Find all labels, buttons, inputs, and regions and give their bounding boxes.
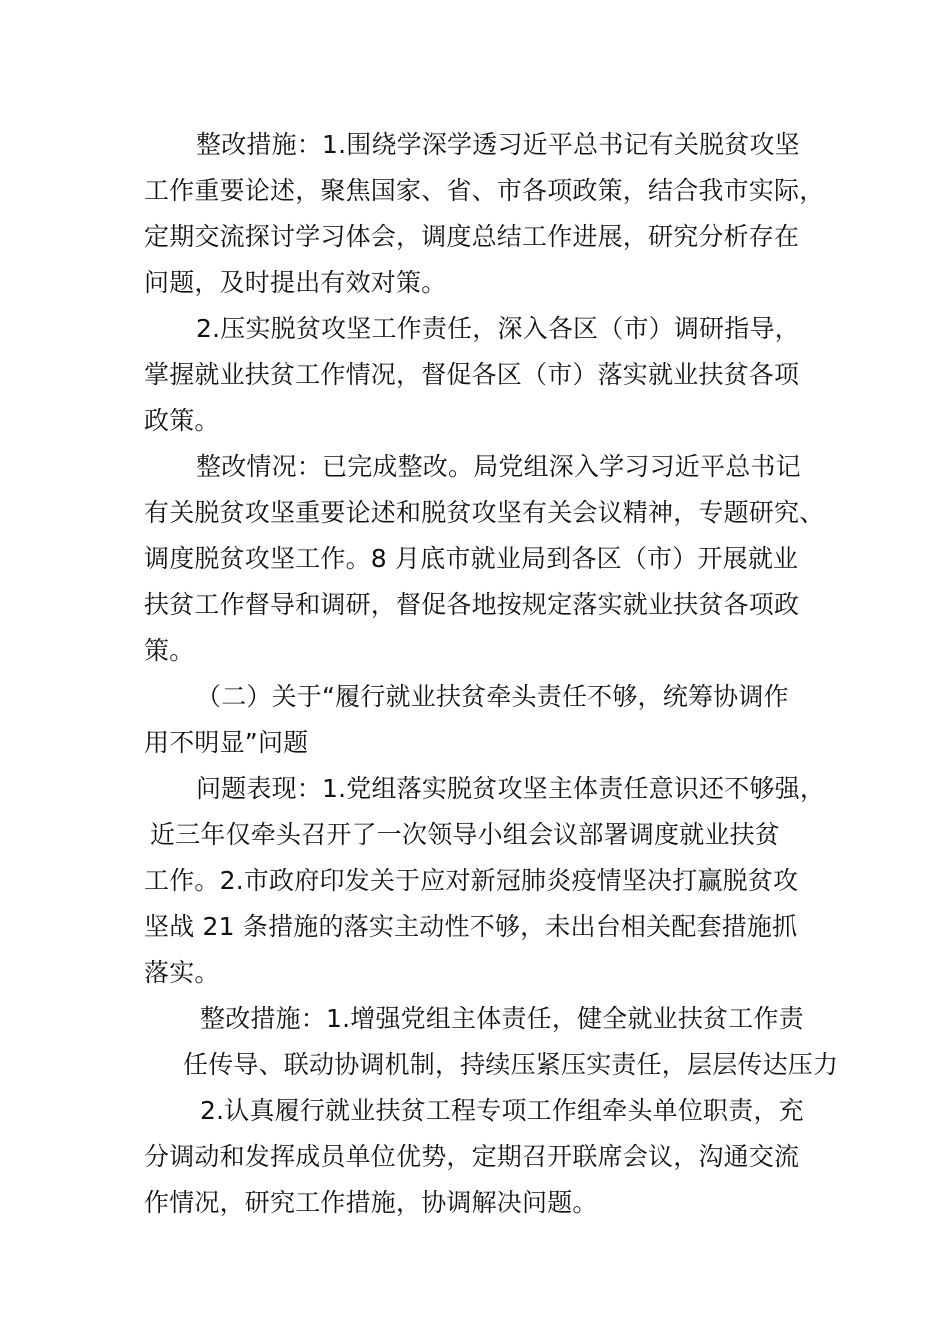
paragraph-problem-line-4: 坚战 21 条措施的落实主动性不够，未出台相关配套措施抓 <box>144 912 797 942</box>
paragraph-measures-4-line-2: 分调动和发挥成员单位优势，定期召开联席会议，沟通交流 <box>144 1142 799 1172</box>
paragraph-measures-2-line-2: 掌握就业扶贫工作情况，督促各区（市）落实就业扶贫各项 <box>144 360 799 390</box>
paragraph-measures-1-line-3: 定期交流探讨学习体会，调度总结工作进展，研究分析存在 <box>144 222 799 252</box>
paragraph-measures-1-line-1: 整改措施：1.围绕学深学透习近平总书记有关脱贫攻坚 <box>196 130 800 160</box>
paragraph-status-line-2: 有关脱贫攻坚重要论述和脱贫攻坚有关会议精神，专题研究、 <box>144 498 824 528</box>
paragraph-status-line-3: 调度脱贫攻坚工作。8 月底市就业局到各区（市）开展就业 <box>144 544 798 574</box>
paragraph-problem-line-1: 问题表现：1.党组落实脱贫攻坚主体责任意识还不够强， <box>196 774 825 804</box>
paragraph-measures-3-line-2: 任传导、联动协调机制，持续压紧压实责任，层层传达压力 <box>183 1050 838 1080</box>
paragraph-problem-line-5: 落实。 <box>144 958 220 988</box>
paragraph-measures-4-line-1: 2.认真履行就业扶贫工程专项工作组牵头单位职责，充 <box>200 1096 804 1126</box>
document-page: 整改措施：1.围绕学深学透习近平总书记有关脱贫攻坚 工作重要论述，聚焦国家、省、… <box>0 0 950 1344</box>
paragraph-measures-1-line-4: 问题，及时提出有效对策。 <box>144 268 446 298</box>
paragraph-measures-2-line-3: 政策。 <box>144 406 220 436</box>
section-heading-line-2: 用不明显”问题 <box>144 728 308 758</box>
section-heading-line-1: （二）关于“履行就业扶贫牵头责任不够，统筹协调作 <box>196 682 789 712</box>
paragraph-status-line-1: 整改情况：已完成整改。局党组深入学习习近平总书记 <box>196 452 801 482</box>
paragraph-measures-4-line-3: 作情况，研究工作措施，协调解决问题。 <box>144 1188 598 1218</box>
paragraph-status-line-4: 扶贫工作督导和调研，督促各地按规定落实就业扶贫各项政 <box>144 590 799 620</box>
paragraph-measures-3-line-1: 整改措施：1.增强党组主体责任，健全就业扶贫工作责 <box>200 1004 804 1034</box>
paragraph-status-line-5: 策。 <box>144 636 194 666</box>
paragraph-measures-2-line-1: 2.压实脱贫攻坚工作责任，深入各区（市）调研指导， <box>196 314 800 344</box>
paragraph-problem-line-3: 工作。2.市政府印发关于应对新冠肺炎疫情坚决打赢脱贫攻 <box>144 866 798 896</box>
paragraph-problem-line-2: 近三年仅牵头召开了一次领导小组会议部署调度就业扶贫 <box>150 820 780 850</box>
paragraph-measures-1-line-2: 工作重要论述，聚焦国家、省、市各项政策，结合我市实际， <box>144 176 824 206</box>
